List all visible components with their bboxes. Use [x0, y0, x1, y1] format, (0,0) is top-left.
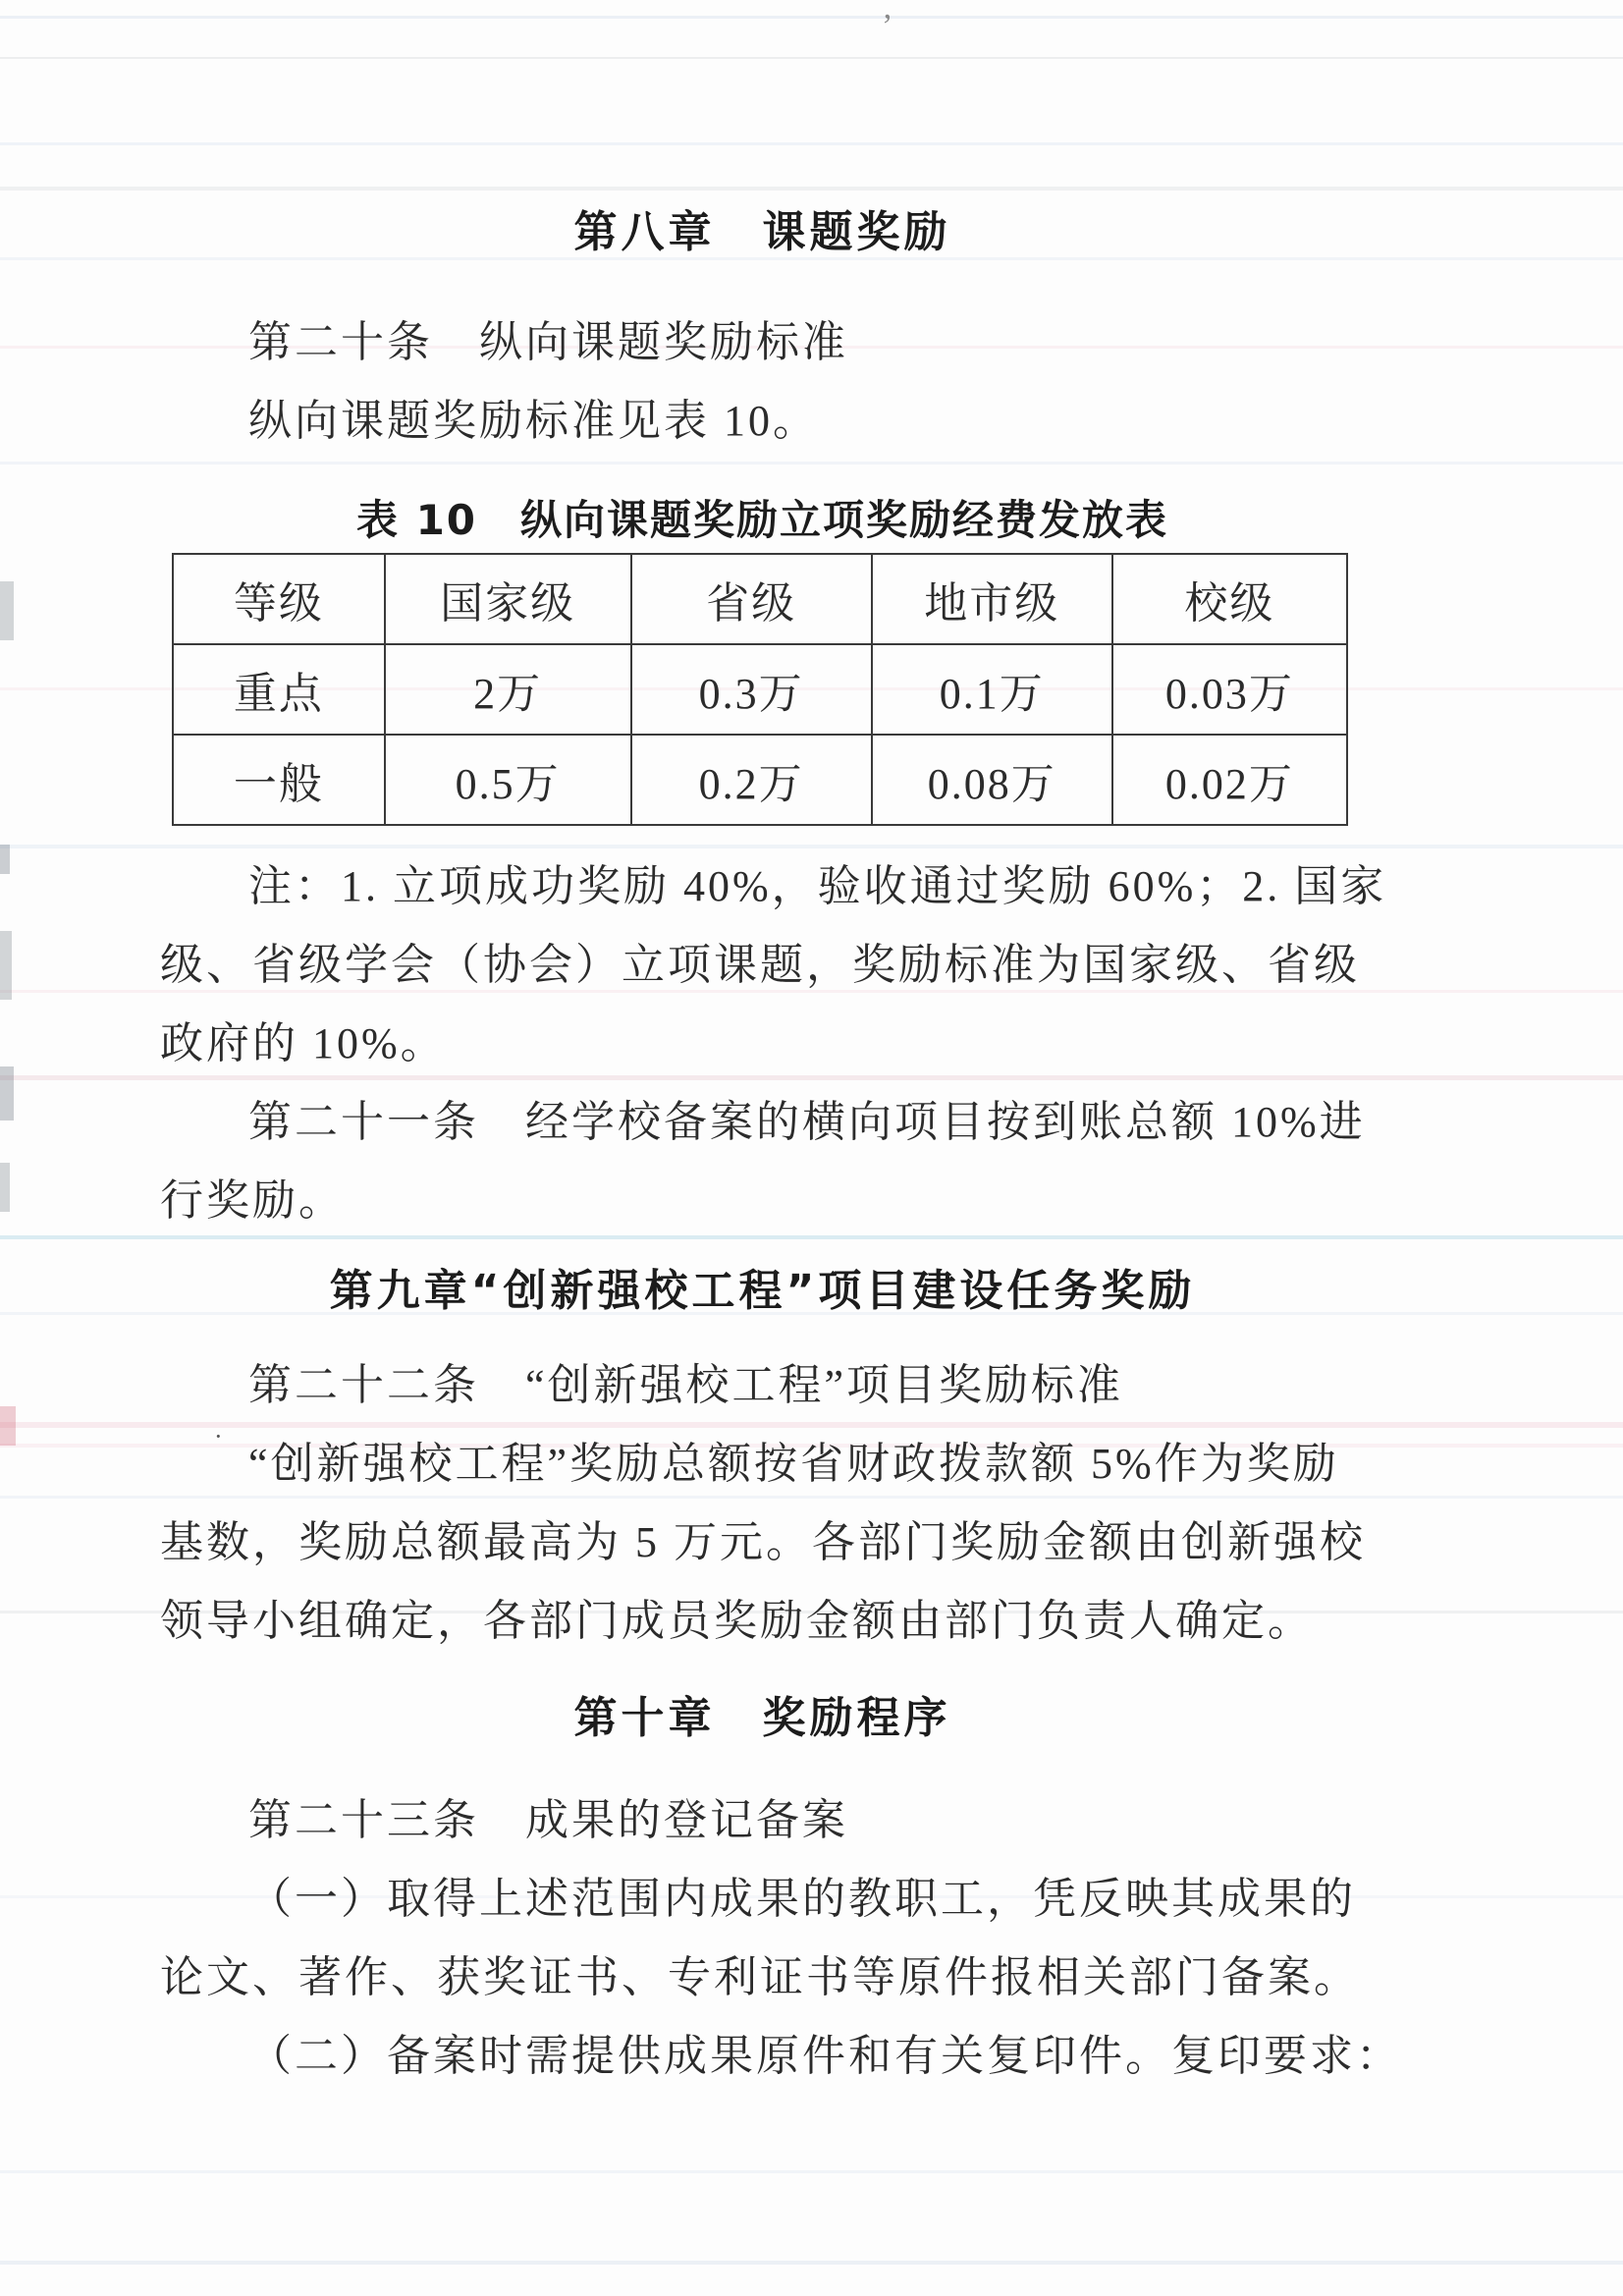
award-table: 等级 国家级 省级 地市级 校级 重点 2万 0.3万 0.1万 0.03万 一… — [172, 553, 1348, 826]
cell-general-province: 0.2万 — [631, 735, 872, 825]
scan-streak — [0, 57, 1623, 59]
cell-key-school: 0.03万 — [1112, 644, 1347, 735]
chapter8-heading: 第八章 课题奖励 — [160, 201, 1365, 264]
chapter9-body-line-3: 领导小组确定，各部门成员奖励金额由部门负责人确定。 — [160, 1582, 1365, 1661]
table-header-row: 等级 国家级 省级 地市级 校级 — [173, 554, 1347, 644]
scan-streak — [0, 2170, 1623, 2173]
article22-line: 第二十二条 “创新强校工程”项目奖励标准 — [160, 1346, 1365, 1425]
scanned-document-page: ’ · 第八章 课题奖励 第二十条 纵向课题奖励标准 纵向课题奖励标准见表 10… — [0, 0, 1623, 2296]
cell-general-national: 0.5万 — [385, 735, 631, 825]
note-line-2: 级、省级学会（协会）立项课题，奖励标准为国家级、省级 — [160, 926, 1365, 1005]
note-line-1: 注：1. 立项成功奖励 40%，验收通过奖励 60%；2. 国家 — [160, 847, 1365, 926]
cell-key-city: 0.1万 — [872, 644, 1112, 735]
scan-edge-mark — [0, 1163, 10, 1212]
table-row-general: 一般 0.5万 0.2万 0.08万 0.02万 — [173, 735, 1347, 825]
cell-general-grade: 一般 — [173, 735, 385, 825]
header-cell-city: 地市级 — [872, 554, 1112, 644]
document-content: 第八章 课题奖励 第二十条 纵向课题奖励标准 纵向课题奖励标准见表 10。 表 … — [160, 201, 1365, 2096]
cell-key-province: 0.3万 — [631, 644, 872, 735]
table-intro-line: 纵向课题奖励标准见表 10。 — [160, 382, 1365, 461]
cell-key-national: 2万 — [385, 644, 631, 735]
article21-line-1: 第二十一条 经学校备案的横向项目按到账总额 10%进 — [160, 1083, 1365, 1162]
chapter9-body-line-1: “创新强校工程”奖励总额按省财政拨款额 5%作为奖励 — [160, 1425, 1365, 1503]
article21-line-2: 行奖励。 — [160, 1162, 1365, 1240]
scan-speck: ’ — [882, 8, 893, 45]
item1-line-1: （一）取得上述范围内成果的教职工，凭反映其成果的 — [160, 1860, 1365, 1939]
table-note-paragraph: 注：1. 立项成功奖励 40%，验收通过奖励 60%；2. 国家 级、省级学会（… — [160, 847, 1365, 1083]
header-cell-national: 国家级 — [385, 554, 631, 644]
table10-caption: 表 10 纵向课题奖励立项奖励经费发放表 — [160, 488, 1365, 553]
chapter9-body-line-2: 基数，奖励总额最高为 5 万元。各部门奖励金额由创新强校 — [160, 1503, 1365, 1582]
scan-edge-mark — [0, 1066, 14, 1121]
scan-streak — [0, 16, 1623, 19]
cell-general-city: 0.08万 — [872, 735, 1112, 825]
header-cell-province: 省级 — [631, 554, 872, 644]
header-cell-school: 校级 — [1112, 554, 1347, 644]
item1-line-2: 论文、著作、获奖证书、专利证书等原件报相关部门备案。 — [160, 1939, 1365, 2017]
cell-general-school: 0.02万 — [1112, 735, 1347, 825]
article21-paragraph: 第二十一条 经学校备案的横向项目按到账总额 10%进 行奖励。 — [160, 1083, 1365, 1240]
chapter9-heading: 第九章“创新强校工程”项目建设任务奖励 — [160, 1258, 1365, 1325]
header-cell-grade: 等级 — [173, 554, 385, 644]
scan-edge-mark — [0, 931, 12, 1000]
note-line-3: 政府的 10%。 — [160, 1005, 1365, 1083]
scan-edge-mark — [0, 1406, 16, 1446]
cell-key-grade: 重点 — [173, 644, 385, 735]
scan-streak — [0, 142, 1623, 145]
article20-line: 第二十条 纵向课题奖励标准 — [160, 303, 1365, 382]
table-row-key: 重点 2万 0.3万 0.1万 0.03万 — [173, 644, 1347, 735]
article23-line: 第二十三条 成果的登记备案 — [160, 1781, 1365, 1860]
scan-edge-mark — [0, 845, 10, 874]
scan-streak — [0, 187, 1623, 191]
scan-edge-mark — [0, 581, 14, 640]
item2-line: （二）备案时需提供成果原件和有关复印件。复印要求： — [160, 2017, 1365, 2096]
chapter10-heading: 第十章 奖励程序 — [160, 1685, 1365, 1752]
scan-streak — [0, 2261, 1623, 2265]
